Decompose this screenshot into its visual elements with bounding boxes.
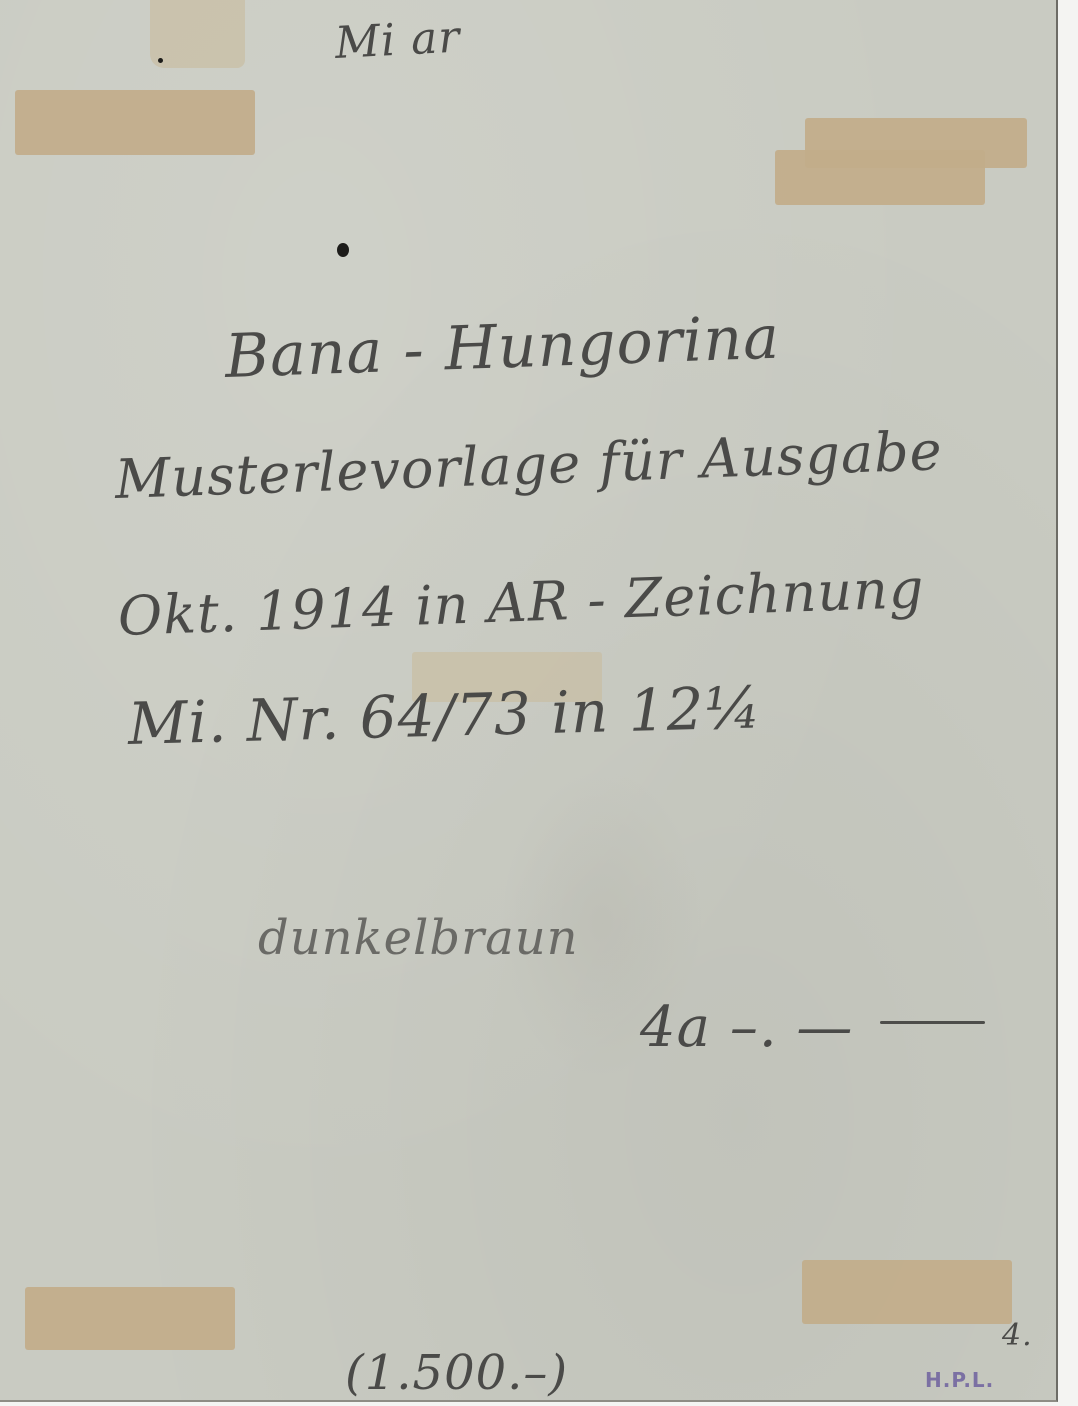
body-line-1: Bana - Hungorina	[224, 303, 781, 392]
corner-mark: 4.	[1002, 1318, 1033, 1353]
tape-remnant-bottom-right	[802, 1260, 1012, 1324]
tape-remnant-top-left	[15, 90, 255, 155]
body-line-2: Musterlevorlage für Ausgabe	[114, 419, 944, 511]
body-line-3: Okt. 1914 in AR - Zeichnung	[117, 557, 925, 648]
tape-remnant-top-right-lower	[775, 150, 985, 205]
top-note: Mi ar	[334, 11, 462, 68]
pencil-dot-mark	[337, 243, 349, 257]
tape-remnant-top-left-upper	[150, 0, 245, 68]
bottom-note: (1.500.–)	[345, 1345, 568, 1401]
pencil-dot-small	[158, 58, 163, 63]
document-card: Mi ar Bana - Hungorina Musterlevorlage f…	[0, 0, 1058, 1402]
color-note: dunkelbraun	[258, 910, 579, 966]
price-note: 4a –. —	[640, 995, 853, 1060]
price-dash	[880, 1021, 985, 1024]
collector-stamp: H.P.L.	[925, 1368, 994, 1392]
body-line-4: Mi. Nr. 64/73 in 12¼	[127, 673, 762, 758]
tape-remnant-bottom-left	[25, 1287, 235, 1350]
